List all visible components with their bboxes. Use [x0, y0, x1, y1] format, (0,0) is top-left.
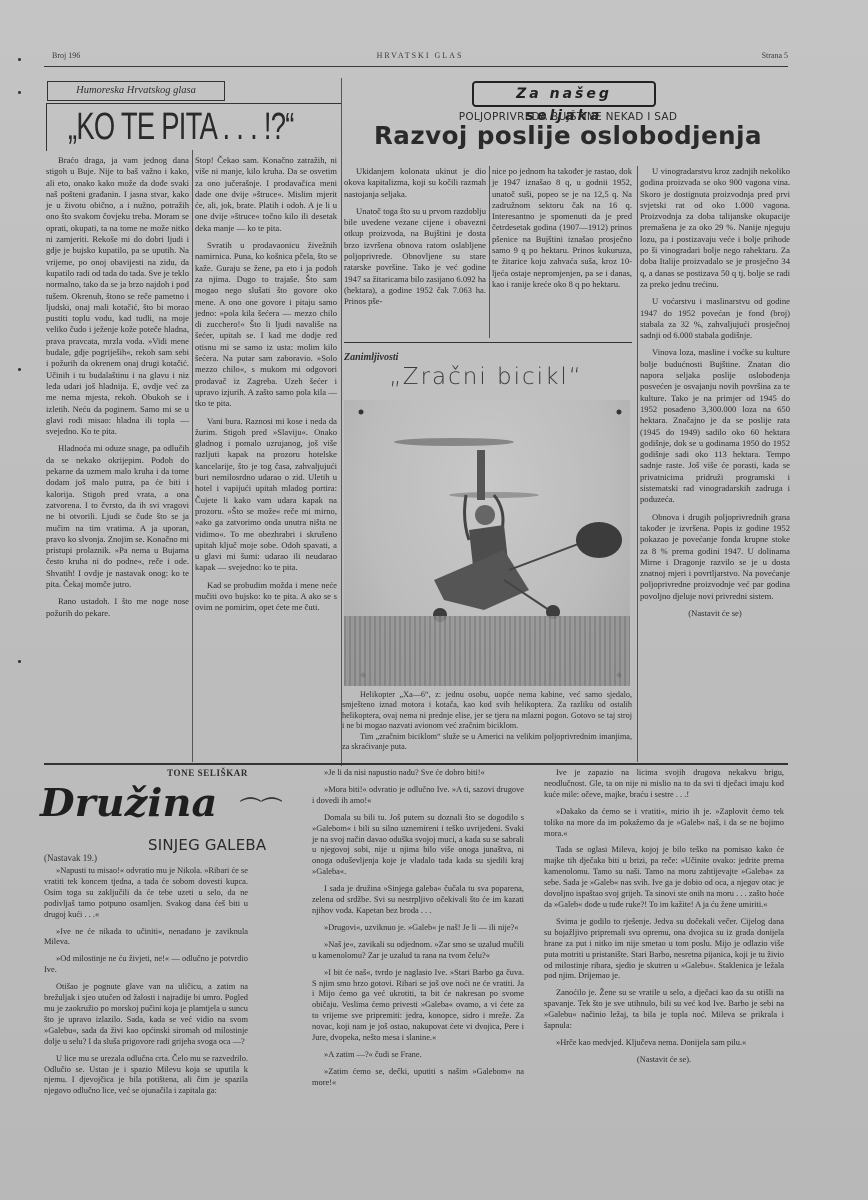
paragraph: »Je li da nisi napustio nadu? Sve će dob… [312, 768, 524, 779]
margin-mark [18, 58, 21, 61]
paragraph: Tada se oglasi Mileva, kojoj je bilo teš… [544, 845, 784, 910]
zanimljivosti-kicker: Zanimljivosti [344, 352, 398, 363]
paragraph: Vinova loza, masline i voćke su kulture … [640, 347, 790, 505]
paragraph: Rano ustadoh. I što me noge nose požurih… [46, 596, 189, 619]
margin-mark [18, 660, 21, 663]
serial-column-3: Ive je zapazio na licima svojih drugova … [544, 768, 784, 1072]
paragraph: Obnova i drugih poljoprivrednih grana ta… [640, 512, 790, 602]
agri-column-1: Ukidanjem kolonata ukinut je dio okova k… [344, 166, 486, 314]
paragraph: Kad se probudim možda i mene neće mučiti… [195, 580, 337, 614]
paragraph: »Hrče kao medvjed. Ključeva nema. Donije… [544, 1038, 784, 1049]
humoreska-column-2: Stop! Čekao sam. Konačno zatražih, ni vi… [195, 155, 337, 620]
paper-name: HRVATSKI GLAS [52, 51, 788, 60]
paragraph: Svima je godilo to rješenje. Jedva su do… [544, 917, 784, 982]
paragraph: U lice mu se urezala odlučna crta. Čelo … [44, 1054, 248, 1098]
paragraph: Zanoćilo je. Žene su se vratile u selo, … [544, 988, 784, 1032]
photo-ground [344, 616, 630, 686]
margin-mark [18, 368, 21, 371]
paragraph: »Napusti tu misao!« odvratio mu je Nikol… [44, 866, 248, 921]
paragraph: U vinogradarstvu kroz zadnjih nekoliko g… [640, 166, 790, 290]
paragraph: Stop! Čekao sam. Konačno zatražih, ni vi… [195, 155, 337, 234]
humoreska-kicker: Humoreska Hrvatskog glasa [47, 81, 225, 101]
serial-column-1: »Napusti tu misao!« odvratio mu je Nikol… [44, 866, 248, 1103]
paragraph: U voćarstvu i maslinarstvu od godine 194… [640, 296, 790, 341]
section-kicker: Za našeg seljaka [472, 81, 656, 107]
paragraph: I sada je družina »Sinjega galeba« čučal… [312, 884, 524, 917]
box-rule [344, 342, 632, 343]
newspaper-page: Broj 196 HRVATSKI GLAS Strana 5 Humoresk… [0, 0, 868, 1200]
author-name: TONE SELIŠKAR [160, 768, 248, 778]
paragraph: Unatoč toga što su u prvom razdoblju bil… [344, 206, 486, 308]
seagull-ornament-icon: ⏜⏜ [240, 798, 282, 823]
paragraph: »Dakako da ćemo se i vratiti«, mirio ih … [544, 807, 784, 840]
caption-paragraph: Tim „zračnim biciklom“ služe se u Americ… [342, 732, 632, 753]
paragraph: Ive je zapazio na licima svojih drugova … [544, 768, 784, 801]
paragraph: Domala su bili tu. Još putem su doznali … [312, 813, 524, 878]
paragraph: »Drugovi«, uzviknuo je. »Galeb« je naš! … [312, 923, 524, 934]
paragraph: »A zatim —?« čudi se Frane. [312, 1050, 524, 1061]
helicopter-photo [344, 400, 630, 686]
zanimljivosti-headline: „Zračni bicikl“ [340, 364, 632, 390]
paragraph: »Naš je«, zavikali su odjednom. »Zar smo… [312, 940, 524, 962]
serial-column-2: »Je li da nisi napustio nadu? Sve će dob… [312, 768, 524, 1095]
caption-paragraph: Helikopter „Xa—6“, z: jednu osobu, uopće… [342, 690, 632, 732]
serial-title: Družina [40, 780, 217, 825]
paragraph: Svratih u prodavaonicu živežnih namirnic… [195, 240, 337, 409]
paragraph: Braćo draga, ja vam jednog dana stigoh u… [46, 155, 189, 437]
paragraph: Vani bura. Raznosi mi kose i neda da žur… [195, 416, 337, 574]
paragraph: Ukidanjem kolonata ukinut je dio okova k… [344, 166, 486, 200]
paragraph: nice po jednom ha također je rastao, dok… [492, 166, 632, 290]
paragraph: Hladnoća mi oduze snage, pa odlučih da s… [46, 443, 189, 590]
continued-note: (Nastavit će se) [640, 608, 790, 619]
paragraph: »Od milostinje ne ću živjeti, ne!« — odl… [44, 954, 248, 976]
serial-subtitle: SINJEG GALEBA [148, 836, 248, 854]
header-rule [44, 66, 788, 67]
paragraph: »Mora biti!« odvratio je odlučno Ive. »A… [312, 785, 524, 807]
installment-number: (Nastavak 19.) [44, 853, 97, 863]
agri-column-2: nice po jednom ha također je rastao, dok… [492, 166, 632, 296]
page-number: Strana 5 [762, 51, 788, 60]
paragraph: »Zatim ćemo se, dečki, uputiti s našim »… [312, 1067, 524, 1089]
running-header: Broj 196 HRVATSKI GLAS Strana 5 [52, 51, 788, 65]
section-separator [44, 763, 788, 765]
article-headline: Razvoj poslije oslobodjenja [348, 121, 788, 150]
agri-column-3: U vinogradarstvu kroz zadnjih nekoliko g… [640, 166, 790, 625]
humoreska-title: „KO TE PITA . . . !?“ [68, 106, 294, 149]
section-divider [341, 78, 342, 766]
column-divider [489, 166, 490, 338]
continued-note: (Nastavit će se). [544, 1055, 784, 1066]
paragraph: »Ive ne će nikada to učiniti«, nenadano … [44, 927, 248, 949]
column-divider [192, 150, 193, 762]
margin-mark [18, 91, 21, 94]
paragraph: »I bit će naš«, tvrdo je naglasio Ive. »… [312, 968, 524, 1044]
photo-caption: Helikopter „Xa—6“, z: jednu osobu, uopće… [342, 690, 632, 752]
paragraph: Otišao je pognute glave van na uličicu, … [44, 982, 248, 1047]
column-divider [637, 166, 638, 762]
humoreska-column-1: Braćo draga, ja vam jednog dana stigoh u… [46, 155, 189, 625]
